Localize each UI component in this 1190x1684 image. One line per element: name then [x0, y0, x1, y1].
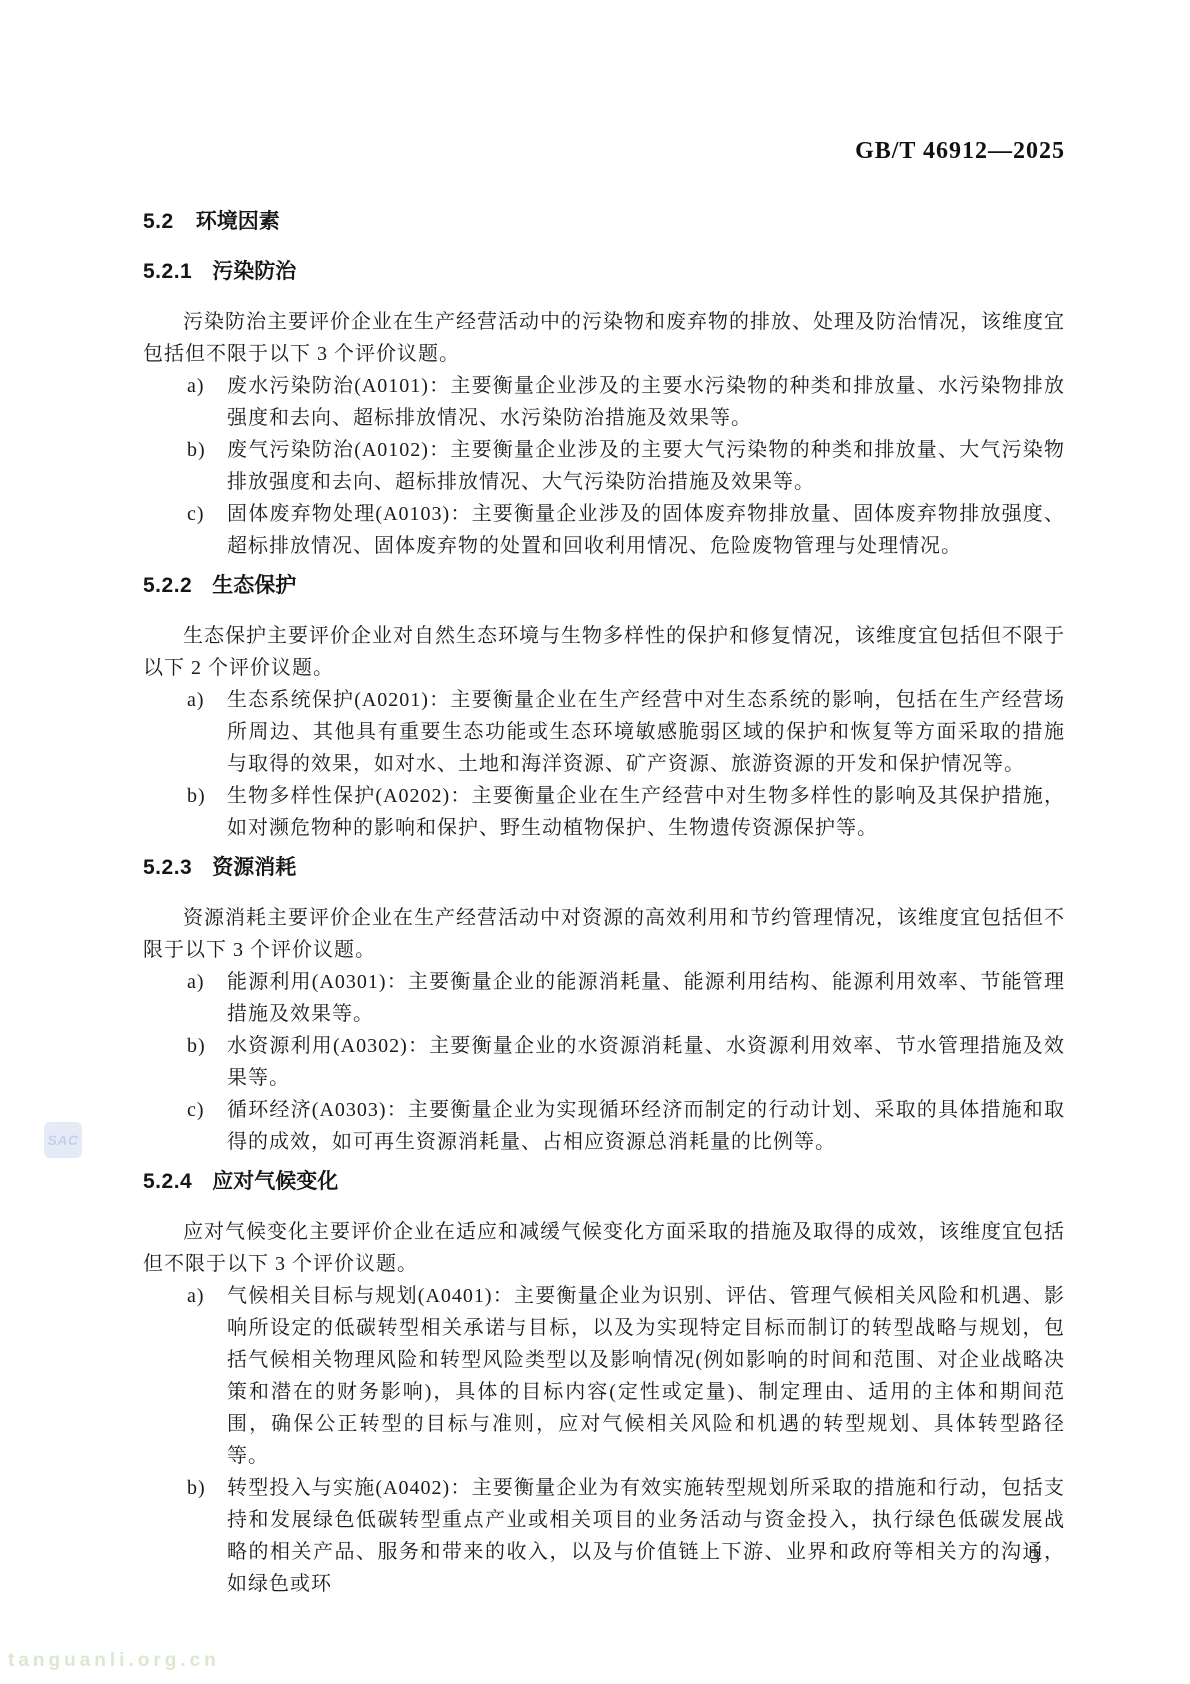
item-label: c) — [187, 1094, 227, 1158]
subsection-title: 应对气候变化 — [212, 1170, 338, 1193]
item-text: 生态系统保护(A0201)：主要衡量企业在生产经营中对生态系统的影响，包括在生产… — [227, 684, 1065, 780]
item-text: 转型投入与实施(A0402)：主要衡量企业为有效实施转型规划所采取的措施和行动，… — [227, 1472, 1065, 1600]
list-item: a) 能源利用(A0301)：主要衡量企业的能源消耗量、能源利用结构、能源利用效… — [143, 966, 1065, 1030]
item-text: 能源利用(A0301)：主要衡量企业的能源消耗量、能源利用结构、能源利用效率、节… — [227, 966, 1065, 1030]
subsection-number: 5.2.1 — [143, 260, 192, 283]
item-list: a) 废水污染防治(A0101)：主要衡量企业涉及的主要水污染物的种类和排放量、… — [143, 370, 1065, 562]
subsection-5-2-1-heading: 5.2.1污染防治 — [143, 256, 1065, 288]
list-item: a) 生态系统保护(A0201)：主要衡量企业在生产经营中对生态系统的影响，包括… — [143, 684, 1065, 780]
section-5-2-heading: 5.2环境因素 — [143, 206, 1065, 238]
item-label: a) — [187, 1280, 227, 1472]
item-text: 生物多样性保护(A0202)：主要衡量企业在生产经营中对生物多样性的影响及其保护… — [227, 780, 1065, 844]
list-item: b) 水资源利用(A0302)：主要衡量企业的水资源消耗量、水资源利用效率、节水… — [143, 1030, 1065, 1094]
subsection-title: 生态保护 — [212, 574, 296, 597]
item-list: a) 气候相关目标与规划(A0401)：主要衡量企业为识别、评估、管理气候相关风… — [143, 1280, 1065, 1600]
section-title: 环境因素 — [196, 210, 280, 233]
section-number: 5.2 — [143, 210, 174, 233]
list-item: c) 固体废弃物处理(A0103)：主要衡量企业涉及的固体废弃物排放量、固体废弃… — [143, 498, 1065, 562]
list-item: a) 废水污染防治(A0101)：主要衡量企业涉及的主要水污染物的种类和排放量、… — [143, 370, 1065, 434]
page-content: 5.2环境因素 5.2.1污染防治 污染防治主要评价企业在生产经营活动中的污染物… — [143, 0, 1065, 1600]
item-label: b) — [187, 780, 227, 844]
intro-paragraph: 生态保护主要评价企业对自然生态环境与生物多样性的保护和修复情况，该维度宜包括但不… — [143, 620, 1065, 684]
item-label: b) — [187, 1472, 227, 1600]
site-watermark: tanguanli.org.cn — [8, 1650, 220, 1672]
intro-paragraph: 污染防治主要评价企业在生产经营活动中的污染物和废弃物的排放、处理及防治情况，该维… — [143, 306, 1065, 370]
item-label: a) — [187, 370, 227, 434]
item-label: c) — [187, 498, 227, 562]
page-number: 3 — [1030, 1546, 1040, 1569]
subsection-title: 污染防治 — [212, 260, 296, 283]
list-item: b) 废气污染防治(A0102)：主要衡量企业涉及的主要大气污染物的种类和排放量… — [143, 434, 1065, 498]
item-label: b) — [187, 434, 227, 498]
subsection-5-2-4-heading: 5.2.4应对气候变化 — [143, 1166, 1065, 1198]
subsection-5-2-2: 5.2.2生态保护 生态保护主要评价企业对自然生态环境与生物多样性的保护和修复情… — [143, 570, 1065, 844]
subsection-title: 资源消耗 — [212, 856, 296, 879]
subsection-5-2-3-heading: 5.2.3资源消耗 — [143, 852, 1065, 884]
sac-logo: SAC — [44, 1122, 82, 1158]
subsection-number: 5.2.2 — [143, 574, 192, 597]
item-label: a) — [187, 684, 227, 780]
item-text: 固体废弃物处理(A0103)：主要衡量企业涉及的固体废弃物排放量、固体废弃物排放… — [227, 498, 1065, 562]
item-text: 循环经济(A0303)：主要衡量企业为实现循环经济而制定的行动计划、采取的具体措… — [227, 1094, 1065, 1158]
item-text: 气候相关目标与规划(A0401)：主要衡量企业为识别、评估、管理气候相关风险和机… — [227, 1280, 1065, 1472]
intro-paragraph: 资源消耗主要评价企业在生产经营活动中对资源的高效利用和节约管理情况，该维度宜包括… — [143, 902, 1065, 966]
list-item: c) 循环经济(A0303)：主要衡量企业为实现循环经济而制定的行动计划、采取的… — [143, 1094, 1065, 1158]
item-text: 水资源利用(A0302)：主要衡量企业的水资源消耗量、水资源利用效率、节水管理措… — [227, 1030, 1065, 1094]
subsection-number: 5.2.3 — [143, 856, 192, 879]
subsection-5-2-1: 5.2.1污染防治 污染防治主要评价企业在生产经营活动中的污染物和废弃物的排放、… — [143, 256, 1065, 562]
item-text: 废气污染防治(A0102)：主要衡量企业涉及的主要大气污染物的种类和排放量、大气… — [227, 434, 1065, 498]
list-item: a) 气候相关目标与规划(A0401)：主要衡量企业为识别、评估、管理气候相关风… — [143, 1280, 1065, 1472]
item-label: b) — [187, 1030, 227, 1094]
subsection-5-2-3: 5.2.3资源消耗 资源消耗主要评价企业在生产经营活动中对资源的高效利用和节约管… — [143, 852, 1065, 1158]
list-item: b) 转型投入与实施(A0402)：主要衡量企业为有效实施转型规划所采取的措施和… — [143, 1472, 1065, 1600]
intro-paragraph: 应对气候变化主要评价企业在适应和减缓气候变化方面采取的措施及取得的成效，该维度宜… — [143, 1216, 1065, 1280]
item-list: a) 生态系统保护(A0201)：主要衡量企业在生产经营中对生态系统的影响，包括… — [143, 684, 1065, 844]
subsection-5-2-2-heading: 5.2.2生态保护 — [143, 570, 1065, 602]
item-label: a) — [187, 966, 227, 1030]
list-item: b) 生物多样性保护(A0202)：主要衡量企业在生产经营中对生物多样性的影响及… — [143, 780, 1065, 844]
item-text: 废水污染防治(A0101)：主要衡量企业涉及的主要水污染物的种类和排放量、水污染… — [227, 370, 1065, 434]
document-page: GB/T 46912—2025 5.2环境因素 5.2.1污染防治 污染防治主要… — [0, 0, 1190, 1684]
item-list: a) 能源利用(A0301)：主要衡量企业的能源消耗量、能源利用结构、能源利用效… — [143, 966, 1065, 1158]
subsection-number: 5.2.4 — [143, 1170, 192, 1193]
subsection-5-2-4: 5.2.4应对气候变化 应对气候变化主要评价企业在适应和减缓气候变化方面采取的措… — [143, 1166, 1065, 1600]
